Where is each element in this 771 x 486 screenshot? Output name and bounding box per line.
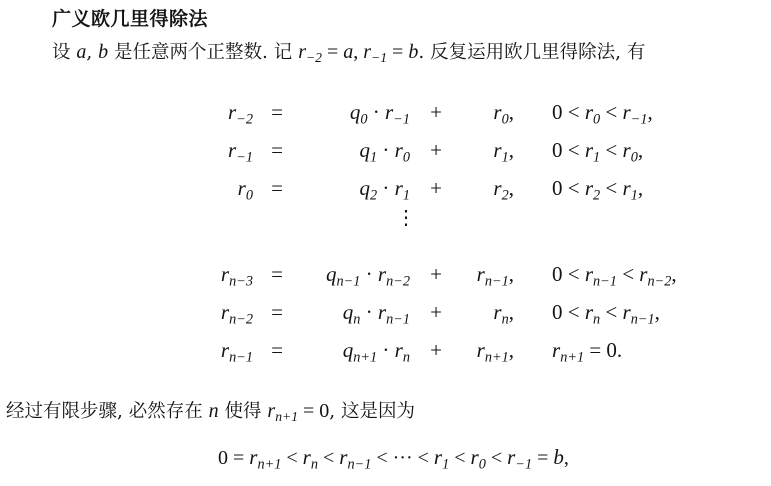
equation-condition: 0 < r2 < r1,	[552, 176, 643, 204]
vertical-ellipsis: ⋮	[396, 213, 416, 223]
equation-lhs: rn−1	[183, 338, 253, 366]
equation-lhs: rn−3	[183, 262, 253, 290]
intro-prefix: 设	[52, 42, 76, 63]
remainder: rn+1,	[434, 338, 514, 366]
quotient-product: qn+1 · rn	[270, 338, 410, 366]
remainder: r1,	[434, 138, 514, 166]
equation-condition: 0 < rn−1 < rn−2,	[552, 262, 677, 290]
remainder: rn−1,	[434, 262, 514, 290]
intro-middle: 是任意两个正整数. 记	[108, 42, 298, 63]
equation-condition: 0 < r0 < r−1,	[552, 100, 653, 128]
intro-sep: ,	[86, 42, 98, 63]
equation-condition: 0 < rn < rn−1,	[552, 300, 660, 328]
conclusion-suffix: , 这是因为	[329, 401, 415, 422]
quotient-product: q0 · r−1	[270, 100, 410, 128]
remainder: r0,	[434, 100, 514, 128]
equation-condition: 0 < r1 < r0,	[552, 138, 643, 166]
conclusion-paragraph: 经过有限步骤, 必然存在 n 使得 rn+1 = 0, 这是因为	[6, 397, 415, 425]
equation-condition: rn+1 = 0.	[552, 338, 622, 366]
conclusion-prefix: 经过有限步骤, 必然存在	[6, 401, 209, 422]
quotient-product: qn−1 · rn−2	[270, 262, 410, 290]
section-title: 广义欧几里得除法	[52, 4, 208, 31]
inequality-chain: 0 = rn+1 < rn < rn−1 < ··· < r1 < r0 < r…	[218, 445, 569, 473]
intro-definition: r−2 = a, r−1 = b	[298, 41, 418, 63]
remainder: r2,	[434, 176, 514, 204]
equation-lhs: rn−2	[183, 300, 253, 328]
var-n: n	[209, 400, 219, 422]
conclusion-expr: rn+1 = 0	[267, 400, 329, 422]
equation-lhs: r0	[183, 176, 253, 204]
quotient-product: qn · rn−1	[270, 300, 410, 328]
quotient-product: q2 · r1	[270, 176, 410, 204]
equation-lhs: r−1	[183, 138, 253, 166]
intro-paragraph: 设 a, b 是任意两个正整数. 记 r−2 = a, r−1 = b. 反复运…	[52, 38, 645, 66]
intro-suffix: . 反复运用欧几里得除法, 有	[418, 42, 645, 63]
equation-lhs: r−2	[183, 100, 253, 128]
remainder: rn,	[434, 300, 514, 328]
conclusion-mid: 使得	[219, 401, 268, 422]
var-a: a	[76, 41, 86, 63]
var-b: b	[98, 41, 108, 63]
quotient-product: q1 · r0	[270, 138, 410, 166]
